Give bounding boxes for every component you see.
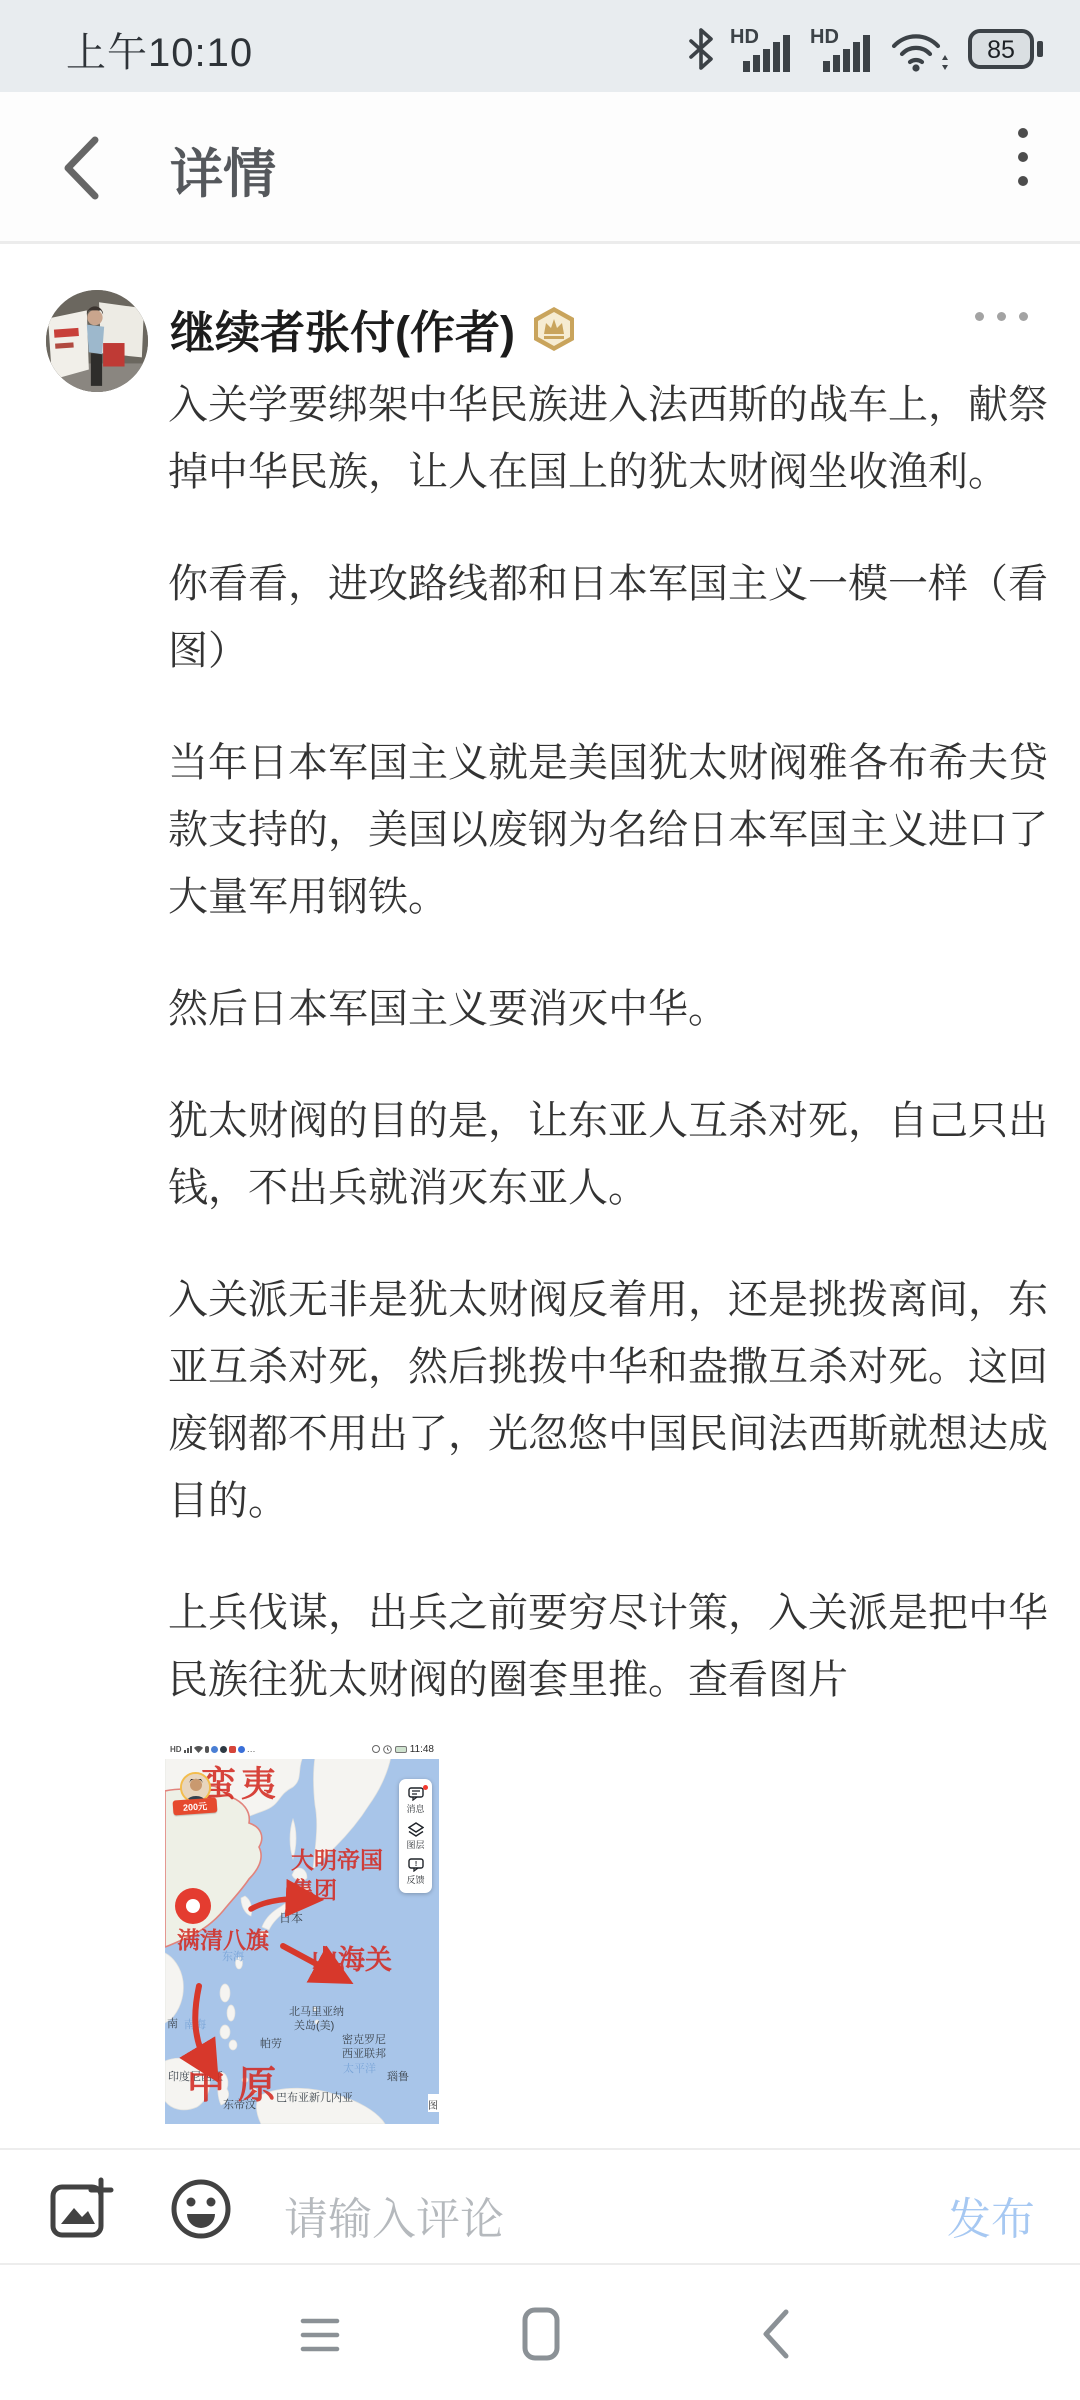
message-icon [408,1787,424,1801]
map-label-guam: 关岛(美) [294,2017,334,2033]
map-panel-feedback[interactable]: ! 反馈 [399,1854,432,1889]
system-nav-bar [0,2267,1080,2400]
author-badge-icon [531,306,577,352]
nav-back-icon[interactable] [760,2307,792,2361]
map-coupon-amount: 200元 [173,1797,218,1815]
more-menu-icon[interactable] [1018,128,1028,186]
map-status-icons-left: HD … [170,1744,256,1754]
nav-bar: 详情 [0,92,1080,244]
annotation-ming-group-1: 大明帝国 [291,1842,383,1875]
paragraph: 入关学要绑架中华民族进入法西斯的战车上，献祭掉中华民族，让人在国上的犹太财阀坐收… [168,372,1052,506]
paragraph: 你看看，进攻路线都和日本军国主义一模一样（看图） [168,551,1052,685]
status-bar: 上午10:10 HD HD [0,0,1080,92]
status-icons: HD HD 8 [688,26,1046,72]
map-label-japan: 日本 [279,1909,303,1926]
map-side-panel: 消息 图层 ! 反馈 [399,1779,432,1893]
wifi-icon [890,26,952,72]
post-more-icon[interactable] [975,312,1028,321]
map-label-vietnam: 南 [167,2015,178,2031]
attached-map-image[interactable]: HD … 11:48 200元 蛮夷 [165,1739,439,2124]
back-icon[interactable] [58,134,104,202]
map-status-icons-right: 11:48 [372,1744,434,1755]
map-label-pacific: 太平洋 [343,2060,376,2076]
map-coupon-avatar: 200元 [173,1772,217,1814]
layers-icon [408,1822,424,1837]
feedback-icon: ! [408,1858,424,1872]
map-label-south-china-sea: 南海 [184,2016,206,2032]
paragraph: 当年日本军国主义就是美国犹太财阀雅各布希夫贷款支持的，美国以废钢为名给日本军国主… [168,730,1052,931]
svg-text:!: ! [414,1861,416,1868]
signal-hd-icon-2: HD [810,26,874,72]
page-title: 详情 [170,132,276,208]
recents-icon[interactable] [300,2315,340,2355]
paragraph: 入关派无非是犹太财阀反着用，还是挑拨离间，东亚互杀对死，然后挑拨中华和盎撒互杀对… [168,1267,1052,1535]
battery-icon: 85 [968,27,1046,71]
clock: 上午10:10 [66,21,253,78]
svg-text:HD: HD [730,26,759,48]
annotation-shanhai-pass: 山海关 [311,1938,392,1977]
map-label-palau: 帕劳 [260,2035,282,2051]
publish-button[interactable]: 发布 [947,2183,1035,2247]
bluetooth-icon [688,27,714,71]
annotation-ming-group-2: 集团 [291,1872,337,1905]
map-legend-partial: 图 [428,2094,439,2112]
notification-dot [423,1785,428,1790]
svg-text:HD: HD [810,26,839,48]
avatar[interactable] [46,290,148,392]
map-label-nauru: 瑙鲁 [387,2068,409,2084]
map-panel-messages[interactable]: 消息 [399,1783,432,1818]
map-panel-layers[interactable]: 图层 [399,1818,432,1854]
paragraph: 然后日本军国主义要消灭中华。 [168,976,1052,1043]
add-image-icon[interactable] [48,2176,114,2242]
annotation-manchu-banners: 满清八旗 [177,1922,269,1955]
map-label-micronesia-2: 西亚联邦 [342,2045,386,2061]
paragraph: 上兵伐谋，出兵之前要穷尽计策，入关派是把中华民族往犹太财阀的圈套里推。查看图片 [168,1580,1052,1714]
signal-hd-icon-1: HD [730,26,794,72]
svg-text:85: 85 [987,36,1015,64]
annotation-central-plains: 中原 [187,2054,289,2109]
emoji-icon[interactable] [168,2176,234,2242]
paragraph: 犹太财阀的目的是，让东亚人互杀对死，自己只出钱，不出兵就消灭东亚人。 [168,1088,1052,1222]
comment-input[interactable]: 请输入评论 [284,2183,504,2247]
author-name[interactable]: 继续者张付(作者) [170,296,515,361]
location-pin-icon [175,1888,211,1924]
map-inner-clock: 11:48 [410,1744,434,1755]
avatar-photo [46,290,148,392]
map-inner-status-bar: HD … 11:48 [165,1739,439,1759]
home-icon[interactable] [522,2307,560,2361]
comment-bar: 请输入评论 发布 [0,2148,1080,2265]
post-body: 入关学要绑架中华民族进入法西斯的战车上，献祭掉中华民族，让人在国上的犹太财阀坐收… [168,372,1052,1759]
